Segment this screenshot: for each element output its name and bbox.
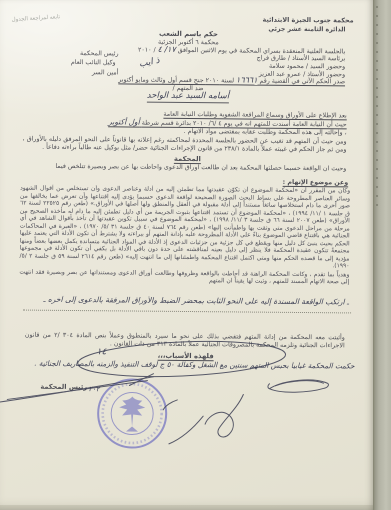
court-name: محكمة جنوب الجيزة الابتدائية [263,17,354,25]
secretary-signature [268,380,329,393]
eagle-emblem-icon [119,396,145,431]
margin-handwritten-note: ذ ايب [139,58,161,70]
operative-paragraph: وأثبتت معه المحكمة من إدانة المتهم فتقضي… [25,332,345,350]
conclusion-text: وهدياً بما تقدم ، وكانت المحكمة الراهنة … [19,268,349,286]
circled-number-handwritten: ١٤ [97,347,107,357]
document-paper: تابعه لمراجعة الجدول محكمة جنوب الجيزة ا… [0,0,374,510]
page-content: تابعه لمراجعة الجدول محكمة جنوب الجيزة ا… [0,0,376,510]
clerk-flourish-signature [205,394,243,437]
subject-heading: وعن موضوع الإتهام : [283,179,349,187]
panel-clerk: وحضور السيد / محمود سلامة [269,63,345,71]
panel-president: برئاسة السيد الأستاذ / طارق فراج [257,55,346,63]
precedents-paragraph: وكان من المقرر أن «لمحكمة الموضوع أن تكو… [19,185,350,298]
referral-line: ، وإحالته إلى هذه المحكمة وطلبت عقابه بم… [184,128,347,137]
charge-handwritten-line: ـ ارتكب الواقعة المسندة إليه على النحو ا… [13,295,349,306]
absence-paragraph: ومن حيث أن المتهم قد تغيب عن الحضور بالج… [22,136,346,154]
case-number-handwritten: ١٦٦٦١ [236,75,258,84]
case-line-prefix: صدر الحكم الآتي في القضية رقم [259,78,345,86]
case-line-suffix: لسنة ٢٠١٠ جنح قسم أول وثالث ومايو أكتوبر [118,76,234,84]
session-day-handwritten: ١٧/ ٤ [158,45,176,54]
ruling-handwritten-line: حكمت المحكمة غيابياً بحبس المتهم سنتين م… [9,359,355,370]
role-deputy-prosecutor: وكيل النائب العام [51,59,135,67]
dotted-separator [23,310,351,314]
district-handwritten: أول أكتوبر [108,117,140,126]
stamp-graphic [95,376,170,451]
photo-edge-strip [373,0,391,510]
chief-signature-label: رئيس المحكمة [40,384,87,392]
scanned-photo: تابعه لمراجعة الجدول محكمة جنوب الجيزة ا… [0,0,391,510]
role-chief-judge: رئيس المحكمة [57,50,141,58]
precedents-text: وكان من المقرر أن «لمحكمة الموضوع أن تكو… [19,185,350,270]
official-round-stamp [95,376,170,451]
facts-line: وحيث ان الواقعة حسبما حصلتها المحكمة بعد… [55,163,346,173]
pencil-margin-note: تابعه لمراجعة الجدول [11,14,60,23]
accusation-text: حيث أن النيابة العامة أسندت للمتهم انه ف… [142,120,347,129]
paper-bottom-shadow [0,505,374,510]
